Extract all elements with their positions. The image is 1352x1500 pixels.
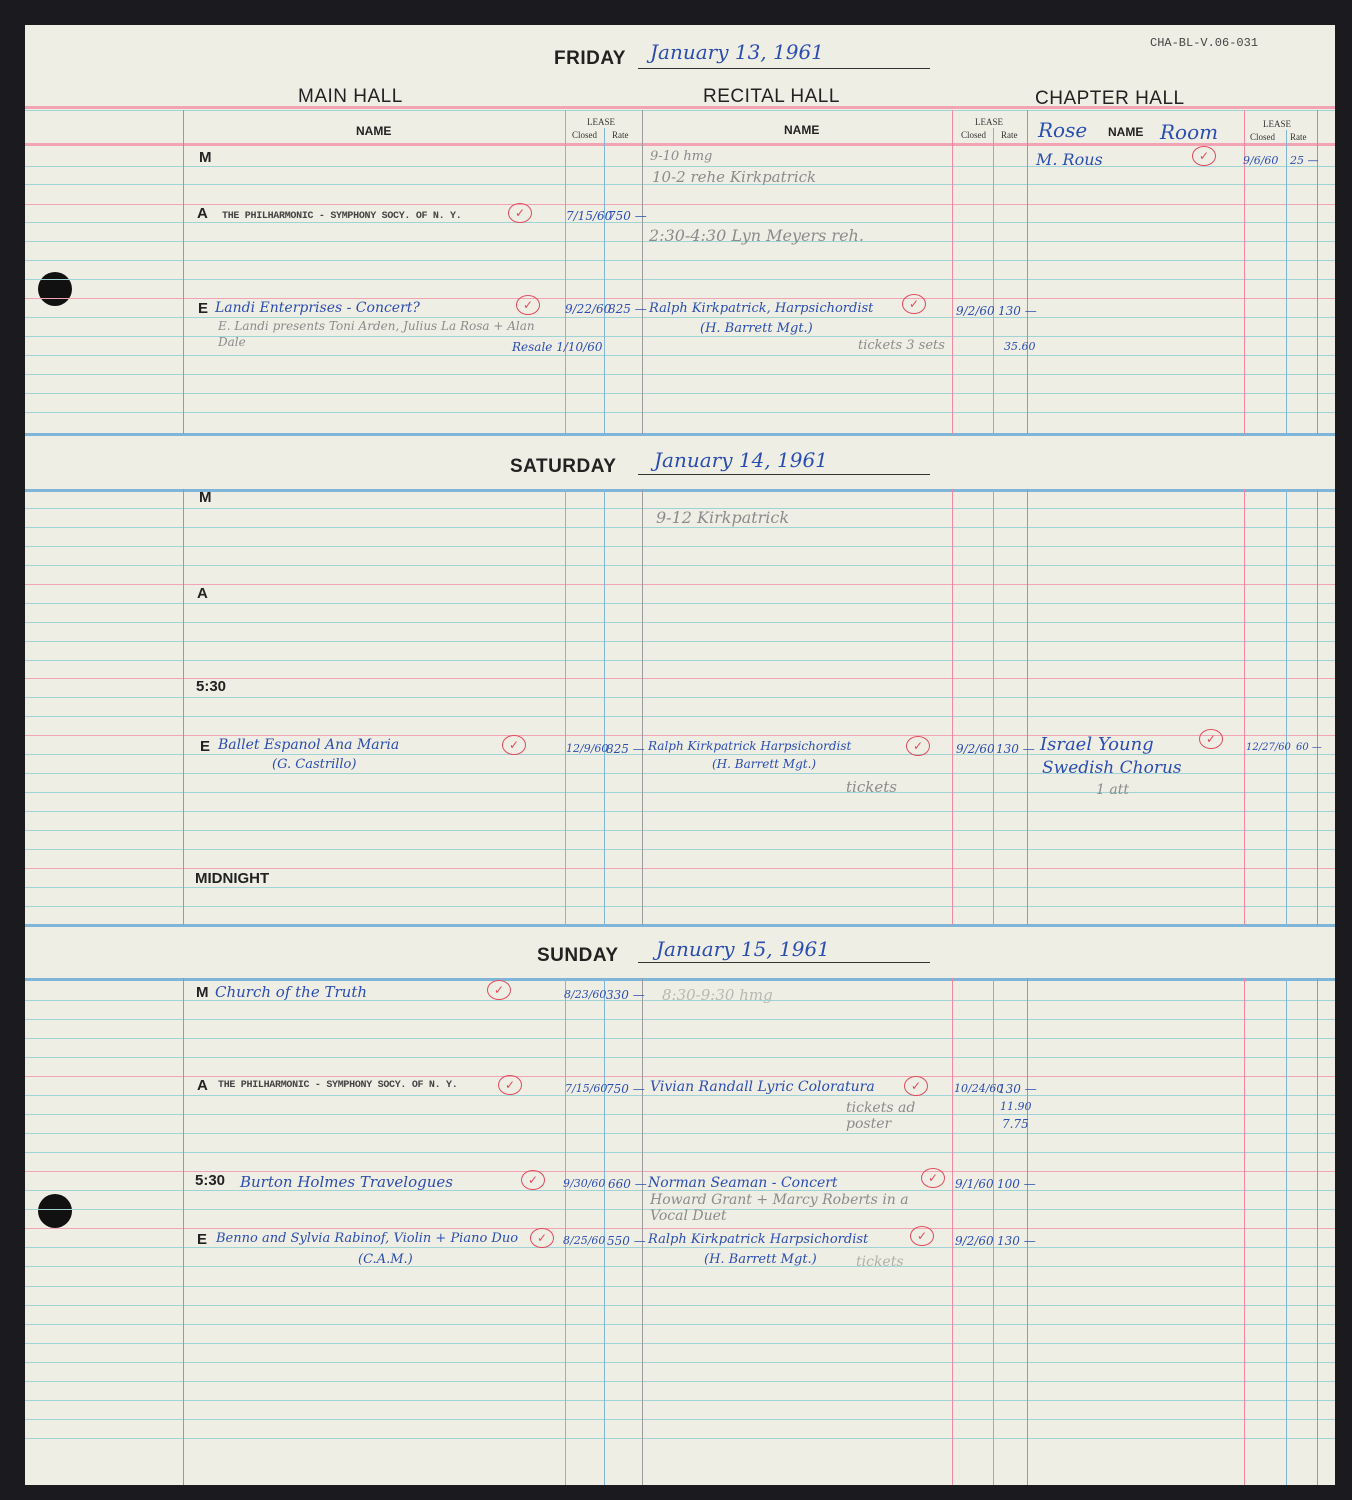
booking-sub: (G. Castrillo) bbox=[272, 757, 356, 772]
slot-label: M bbox=[199, 489, 212, 506]
rule bbox=[25, 143, 1335, 146]
lease-rate: 100 — bbox=[997, 1177, 1036, 1191]
check-icon: ✓ bbox=[921, 1168, 945, 1188]
hall-recital: RECITAL HALL bbox=[703, 86, 840, 108]
check-icon: ✓ bbox=[902, 294, 926, 314]
booking-sub: (C.A.M.) bbox=[358, 1252, 413, 1267]
rate-header: Rate bbox=[612, 130, 629, 140]
booking-sub: (H. Barrett Mgt.) bbox=[700, 321, 813, 336]
booking-name: Church of the Truth bbox=[215, 983, 367, 1001]
check-icon: ✓ bbox=[530, 1228, 554, 1248]
slot-label: M bbox=[196, 984, 209, 1001]
slot-label: M bbox=[199, 149, 212, 166]
lease-closed: 9/2/60 bbox=[955, 1234, 994, 1248]
lease-closed: 8/23/60 bbox=[564, 988, 606, 1001]
binder-hole bbox=[38, 1194, 72, 1228]
booking-name: Benno and Sylvia Rabinof, Violin + Piano… bbox=[216, 1231, 518, 1246]
lease-rate: 330 — bbox=[606, 988, 645, 1002]
rule bbox=[25, 110, 1335, 111]
booking-sub: (H. Barrett Mgt.) bbox=[704, 1252, 817, 1267]
check-icon: ✓ bbox=[498, 1075, 522, 1095]
lease-rate: 825 — bbox=[606, 742, 645, 756]
booking-note: tickets 3 sets bbox=[858, 338, 948, 353]
lease-rate: 550 — bbox=[607, 1234, 646, 1248]
day-label-friday: FRIDAY bbox=[554, 48, 626, 70]
slot-label: A bbox=[197, 585, 208, 602]
check-icon: ✓ bbox=[1199, 729, 1223, 749]
booking-note: 9-10 hmg bbox=[650, 149, 712, 164]
date-saturday: January 14, 1961 bbox=[654, 448, 828, 472]
check-icon: ✓ bbox=[906, 736, 930, 756]
chapter-room-prefix: Rose bbox=[1038, 118, 1087, 142]
rate-header: Rate bbox=[1001, 130, 1018, 140]
slot-label: A bbox=[197, 205, 208, 222]
booking-note: tickets ad poster bbox=[846, 1100, 946, 1132]
binder-hole bbox=[38, 272, 72, 306]
booking-name: M. Rous bbox=[1036, 150, 1103, 169]
date-sunday: January 15, 1961 bbox=[656, 937, 830, 961]
lease-extra: 11.90 bbox=[1000, 1100, 1032, 1113]
check-icon: ✓ bbox=[487, 980, 511, 1000]
lease-rate: 130 — bbox=[998, 1082, 1037, 1096]
rate-header: Rate bbox=[1290, 132, 1307, 142]
booking-note: 9-12 Kirkpatrick bbox=[656, 508, 789, 527]
lease-header: LEASE bbox=[975, 117, 1003, 127]
lease-rate: 750 — bbox=[608, 209, 647, 223]
booking-sub: Swedish Chorus bbox=[1042, 758, 1182, 778]
lease-closed: 7/15/60 bbox=[566, 209, 612, 223]
booking-sub: (H. Barrett Mgt.) bbox=[712, 757, 816, 771]
slot-label: A bbox=[197, 1077, 208, 1094]
closed-header: Closed bbox=[1250, 132, 1275, 142]
lease-rate: 130 — bbox=[997, 1234, 1036, 1248]
lease-rate: 130 — bbox=[996, 742, 1035, 756]
lease-header: LEASE bbox=[1263, 119, 1291, 129]
check-icon: ✓ bbox=[904, 1076, 928, 1096]
closed-header: Closed bbox=[572, 130, 597, 140]
booking-name: Vivian Randall Lyric Coloratura bbox=[650, 1079, 875, 1095]
booking-note: 10-2 rehe Kirkpatrick bbox=[652, 168, 816, 186]
lease-extra: 7.75 bbox=[1002, 1117, 1029, 1131]
column-name-chapter: NAME bbox=[1108, 125, 1143, 139]
booking-name: THE PHILHARMONIC - SYMPHONY SOCY. OF N. … bbox=[222, 211, 461, 222]
lease-closed: 12/27/60 bbox=[1246, 742, 1291, 753]
chapter-room-suffix: Room bbox=[1160, 120, 1218, 144]
booking-note: Howard Grant + Marcy Roberts in a Vocal … bbox=[650, 1192, 950, 1224]
lease-closed: 8/25/60 bbox=[563, 1234, 605, 1247]
lease-closed: 7/15/60 bbox=[565, 1082, 607, 1095]
lease-closed: 9/6/60 bbox=[1243, 154, 1278, 167]
column-name-recital: NAME bbox=[784, 123, 819, 137]
column-name-main: NAME bbox=[356, 124, 391, 138]
lease-closed: 9/2/60 bbox=[956, 304, 995, 318]
booking-name: Norman Seaman - Concert bbox=[648, 1175, 838, 1191]
booking-name: Landi Enterprises - Concert? bbox=[215, 300, 420, 316]
booking-note: 2:30-4:30 Lyn Meyers reh. bbox=[649, 226, 864, 245]
lease-rate: 130 — bbox=[998, 304, 1037, 318]
booking-name: Ralph Kirkpatrick, Harpsichordist bbox=[649, 301, 873, 316]
lease-extra: 35.60 bbox=[1004, 340, 1036, 353]
slot-label: MIDNIGHT bbox=[195, 870, 269, 887]
check-icon: ✓ bbox=[521, 1170, 545, 1190]
day-label-saturday: SATURDAY bbox=[510, 456, 616, 478]
lease-rate: 660 — bbox=[608, 1177, 647, 1191]
booking-note: tickets bbox=[846, 778, 897, 796]
booking-name: Ralph Kirkpatrick Harpsichordist bbox=[648, 1232, 868, 1247]
lease-rate: 60 — bbox=[1296, 742, 1322, 753]
hall-main: MAIN HALL bbox=[298, 86, 403, 108]
lease-closed: 9/22/60 bbox=[565, 302, 611, 316]
booking-note: 8:30-9:30 hmg bbox=[662, 986, 773, 1004]
closed-header: Closed bbox=[961, 130, 986, 140]
lease-closed: 9/2/60 bbox=[956, 742, 995, 756]
lease-rate: 825 — bbox=[608, 302, 647, 316]
check-icon: ✓ bbox=[1192, 146, 1216, 166]
booking-name: THE PHILHARMONIC - SYMPHONY SOCY. OF N. … bbox=[218, 1080, 457, 1091]
booking-note: E. Landi presents Toni Arden, Julius La … bbox=[218, 318, 558, 350]
lease-rate: 750 — bbox=[606, 1082, 645, 1096]
booking-name: Ralph Kirkpatrick Harpsichordist bbox=[648, 739, 851, 753]
booking-name: Burton Holmes Travelogues bbox=[240, 1173, 453, 1191]
lease-header: LEASE bbox=[587, 117, 615, 127]
check-icon: ✓ bbox=[516, 295, 540, 315]
booking-note: tickets bbox=[856, 1254, 904, 1270]
slot-label: 5:30 bbox=[195, 1172, 225, 1189]
lease-rate: 25 — bbox=[1290, 154, 1319, 167]
lease-closed: 10/24/60 bbox=[954, 1082, 1003, 1095]
lease-closed: 9/1/60 bbox=[955, 1177, 994, 1191]
slot-label: E bbox=[198, 300, 208, 317]
lease-closed: 12/9/60 bbox=[566, 742, 608, 755]
check-icon: ✓ bbox=[502, 735, 526, 755]
slot-label: E bbox=[200, 738, 210, 755]
slot-label: E bbox=[197, 1231, 207, 1248]
rule bbox=[25, 106, 1335, 109]
lease-closed: 9/30/60 bbox=[563, 1177, 605, 1190]
resale-note: Resale 1/10/60 bbox=[512, 340, 602, 354]
booking-name: Israel Young bbox=[1040, 734, 1154, 755]
booking-note: 1 att bbox=[1096, 782, 1129, 798]
booking-name: Ballet Espanol Ana Maria bbox=[218, 737, 399, 753]
date-friday: January 13, 1961 bbox=[650, 40, 824, 64]
day-label-sunday: SUNDAY bbox=[537, 945, 619, 967]
check-icon: ✓ bbox=[508, 203, 532, 223]
check-icon: ✓ bbox=[910, 1226, 934, 1246]
slot-label: 5:30 bbox=[196, 678, 226, 695]
reference-code: CHA-BL-V.06-031 bbox=[1150, 36, 1258, 50]
